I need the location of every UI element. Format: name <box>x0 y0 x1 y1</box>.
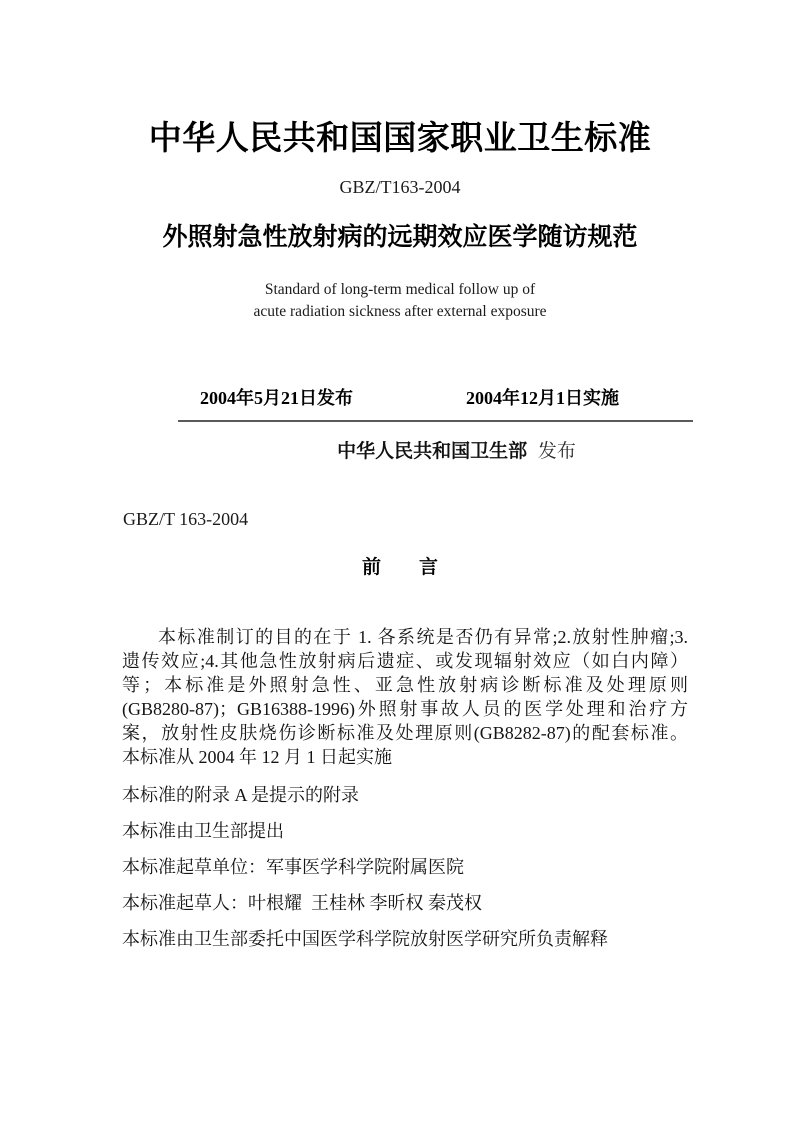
note-proposed-by: 本标准由卫生部提出 <box>122 820 722 842</box>
foreword-paragraph: 本标准制订的目的在于 1. 各系统是否仍有异常;2.放射性肿瘤;3. 遗传效应;… <box>122 625 688 769</box>
standard-category-title: 中华人民共和国国家职业卫生标准 <box>0 112 800 159</box>
publisher-name: 中华人民共和国卫生部 <box>337 441 527 462</box>
paragraph-line: 本标准从 2004 年 12 月 1 日起实施 <box>122 745 688 769</box>
standard-number: GBZ/T163-2004 <box>0 177 800 198</box>
foreword-notes: 本标准的附录 A 是提示的附录 本标准由卫生部提出 本标准起草单位：军事医学科学… <box>122 784 722 964</box>
document-title-en-line1: Standard of long-term medical follow up … <box>0 279 800 301</box>
paragraph-line: (GB8280-87)；GB16388-1996)外照射事故人员的医学处理和治疗… <box>122 697 688 721</box>
publisher-row: 中华人民共和国卫生部 发布 <box>178 436 693 463</box>
note-interpretation: 本标准由卫生部委托中国医学科学院放射医学研究所负责解释 <box>122 928 722 950</box>
note-drafting-unit: 本标准起草单位：军事医学科学院附属医院 <box>122 856 722 878</box>
note-appendix: 本标准的附录 A 是提示的附录 <box>122 784 722 806</box>
note-drafters: 本标准起草人：叶根耀 王桂林 李昕权 秦茂权 <box>122 892 722 914</box>
divider-line <box>178 420 693 422</box>
paragraph-line: 遗传效应;4.其他急性放射病后遗症、或发现辐射效应（如白内障） <box>122 649 688 673</box>
paragraph-line: 案，放射性皮肤烧伤诊断标准及处理原则(GB8282-87)的配套标准。 <box>122 721 688 745</box>
document-title-en: Standard of long-term medical follow up … <box>0 279 800 323</box>
page-doc-number: GBZ/T 163-2004 <box>123 509 248 530</box>
document-page: 中华人民共和国国家职业卫生标准 GBZ/T163-2004 外照射急性放射病的远… <box>0 0 800 1131</box>
paragraph-line: 本标准制订的目的在于 1. 各系统是否仍有异常;2.放射性肿瘤;3. <box>122 625 688 649</box>
implementation-date: 2004年12月1日实施 <box>466 384 619 410</box>
publish-label: 发布 <box>538 441 576 462</box>
publisher-line: 中华人民共和国卫生部 发布 <box>337 441 576 462</box>
paragraph-line: 等；本标准是外照射急性、亚急性放射病诊断标准及处理原则 <box>122 673 688 697</box>
issue-date: 2004年5月21日发布 <box>200 384 353 410</box>
document-title-zh: 外照射急性放射病的远期效应医学随访规范 <box>0 217 800 253</box>
document-title-en-line2: acute radiation sickness after external … <box>0 301 800 323</box>
dates-row: 2004年5月21日发布 2004年12月1日实施 <box>178 384 693 410</box>
foreword-heading: 前 言 <box>0 552 800 579</box>
